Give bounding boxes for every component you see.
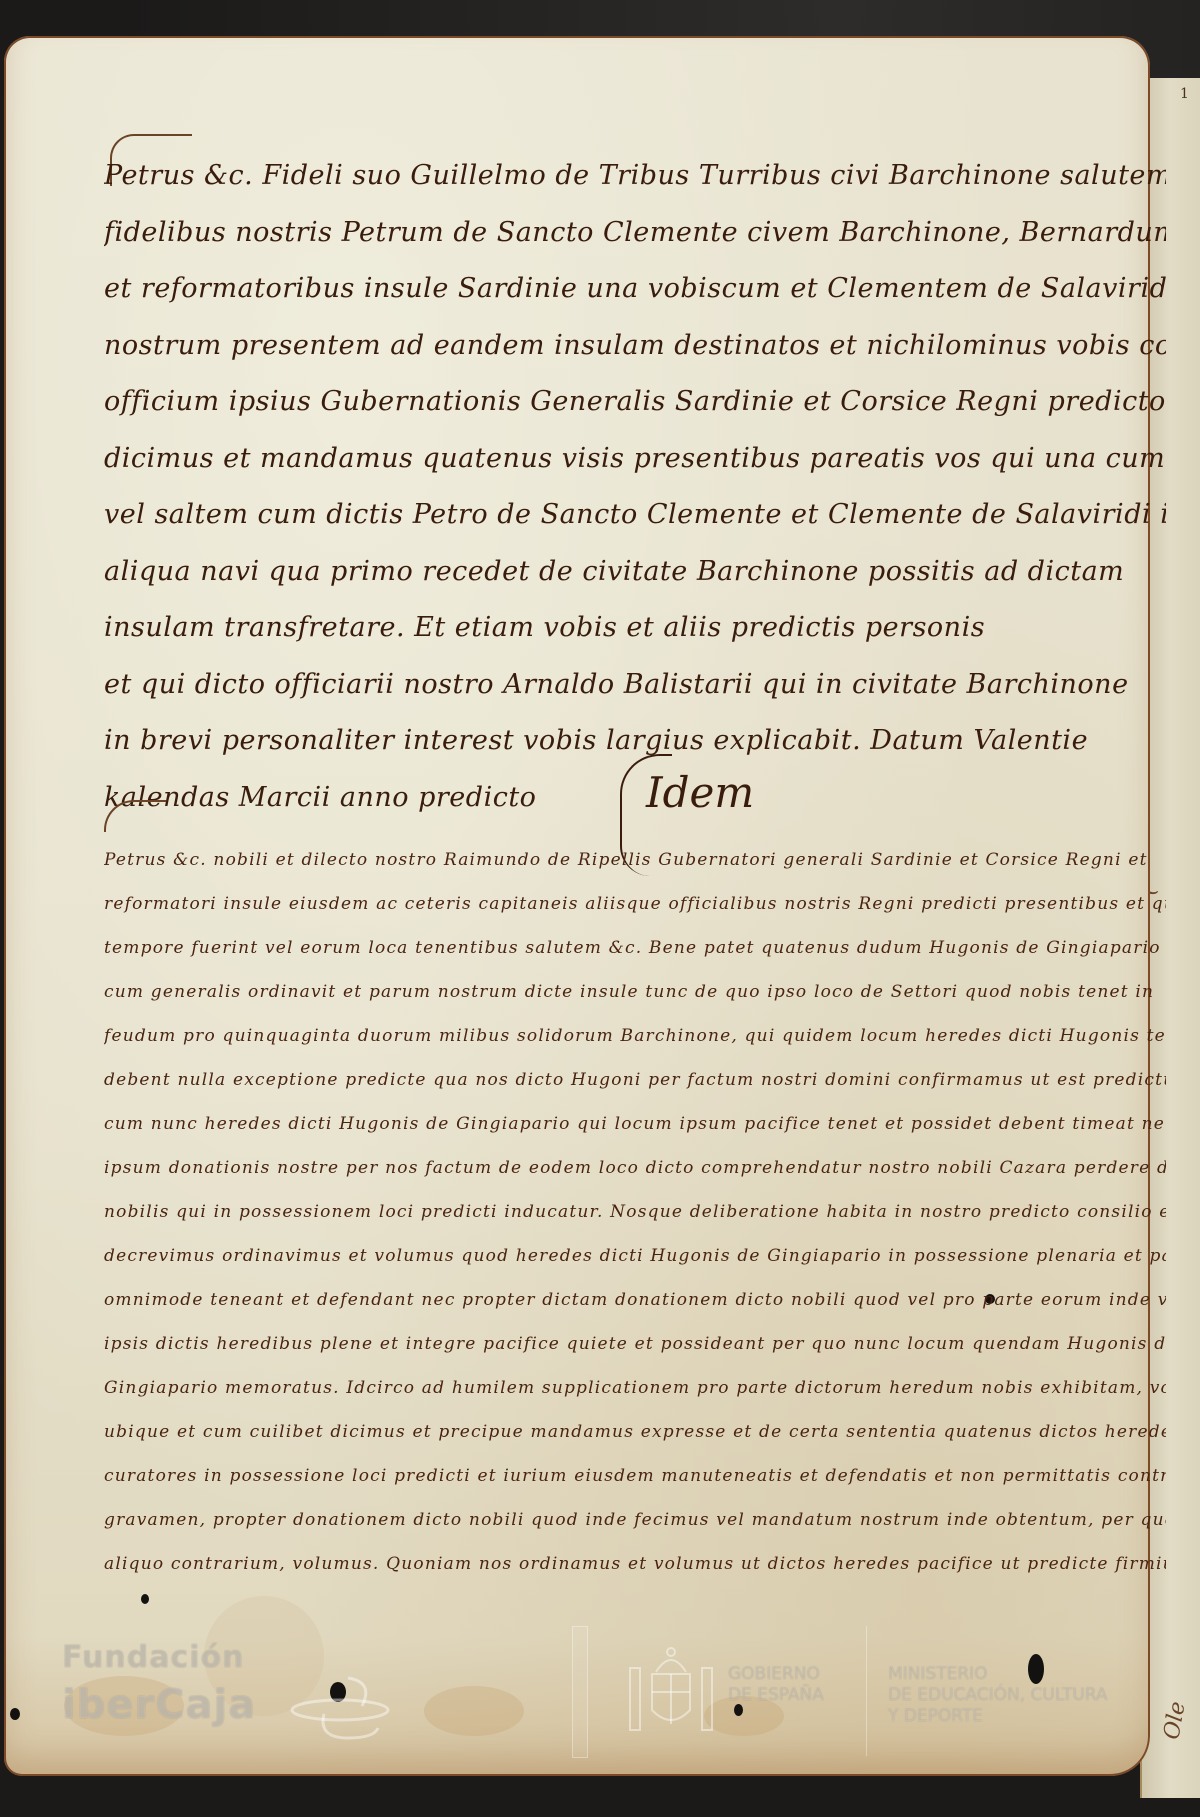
watermark-gobierno: GOBIERNO DE ESPAÑA [728,1664,824,1706]
spain-flag-bar [572,1626,588,1758]
folio-number: 1 [1180,86,1189,102]
manuscript-line: officium ipsius Gubernationis Generalis … [104,374,1166,431]
manuscript-line: nobilis qui in possessionem loci predict… [104,1190,1166,1234]
manuscript-line: Petrus &c. nobili et dilecto nostro Raim… [104,838,1166,882]
manuscript-line: aliqua navi qua primo recedet de civitat… [104,544,1166,601]
letter-1-text: Petrus &c. Fideli suo Guillelmo de Tribu… [104,148,1166,826]
manuscript-line: ubique et cum cuilibet dicimus et precip… [104,1410,1166,1454]
watermark-ministerio: MINISTERIO DE EDUCACIÓN, CULTURA Y DEPOR… [888,1664,1108,1727]
manuscript-line: cum generalis ordinavit et parum nostrum… [104,970,1166,1014]
manuscript-line: tempore fuerint vel eorum loca tenentibu… [104,926,1166,970]
manuscript-line: feudum pro quinquaginta duorum milibus s… [104,1014,1166,1058]
manuscript-line: insulam transfretare. Et etiam vobis et … [104,600,1166,657]
ministerio-line1: MINISTERIO [888,1664,1108,1685]
manuscript-line: decrevimus ordinavimus et volumus quod h… [104,1234,1166,1278]
manuscript-line: fidelibus nostris Petrum de Sancto Cleme… [104,205,1166,262]
mark-text: Idem [646,768,754,817]
manuscript-line: debent nulla exceptione predicte qua nos… [104,1058,1166,1102]
manuscript-line: et reformatoribus insule Sardinie una vo… [104,261,1166,318]
watermark-ibercaja: iberCaja [62,1682,256,1728]
worm-hole [141,1594,149,1604]
worm-hole [10,1708,20,1720]
water-stain [424,1686,524,1736]
manuscript-line: vel saltem cum dictis Petro de Sancto Cl… [104,487,1166,544]
ibercaja-logo-icon [278,1672,394,1744]
manuscript-line: curatores in possessione loci predicti e… [104,1454,1166,1498]
ministerio-line2: DE EDUCACIÓN, CULTURA [888,1685,1108,1706]
ministerio-line3: Y DEPORTE [888,1706,1108,1727]
manuscript-line: aliquo contrarium, volumus. Quoniam nos … [104,1542,1166,1586]
gobierno-line2: DE ESPAÑA [728,1685,824,1706]
manuscript-line: cum nunc heredes dicti Hugonis de Gingia… [104,1102,1166,1146]
manuscript-line: dicimus et mandamus quatenus visis prese… [104,431,1166,488]
manuscript-line: nostrum presentem ad eandem insulam dest… [104,318,1166,375]
manuscript-line: ipsis dictis heredibus plene et integre … [104,1322,1166,1366]
manuscript-line: et qui dicto officiarii nostro Arnaldo B… [104,657,1166,714]
manuscript-line: ipsum donationis nostre per nos factum d… [104,1146,1166,1190]
manuscript-line: gravamen, propter donationem dicto nobil… [104,1498,1166,1542]
watermark-divider [866,1626,867,1756]
spain-coat-of-arms-icon [626,1644,716,1736]
watermark-fundacion: Fundación [62,1640,244,1675]
manuscript-line: Petrus &c. Fideli suo Guillelmo de Tribu… [104,148,1166,205]
letter-2-text: Petrus &c. nobili et dilecto nostro Raim… [104,838,1166,1586]
manuscript-line: omnimode teneant et defendant nec propte… [104,1278,1166,1322]
manuscript-line: reformatori insule eiusdem ac ceteris ca… [104,882,1166,926]
manuscript-line: Gingiapario memoratus. Idcirco ad humile… [104,1366,1166,1410]
marginal-scribble: Ole [1159,1700,1190,1742]
gobierno-line1: GOBIERNO [728,1664,824,1685]
